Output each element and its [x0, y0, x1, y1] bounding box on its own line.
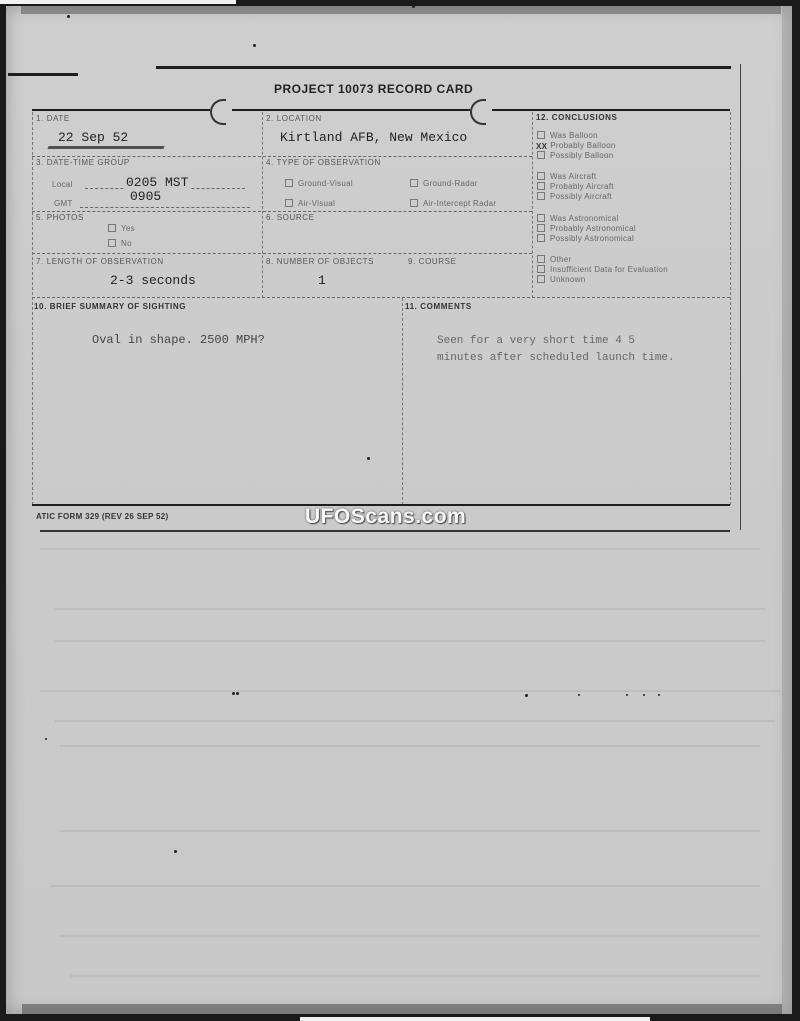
- dust-speck: [45, 738, 47, 740]
- scan-shadow: [22, 1004, 782, 1014]
- card-top-rule: [8, 73, 78, 76]
- checkbox[interactable]: [537, 192, 545, 200]
- bleed-through-line: [55, 720, 775, 722]
- scan-border: [0, 0, 236, 4]
- row-divider: [32, 297, 730, 298]
- conclusion-was-balloon[interactable]: Was Balloon: [537, 131, 598, 140]
- checkbox[interactable]: [537, 172, 545, 180]
- checkbox[interactable]: [410, 199, 418, 207]
- option-ground-radar[interactable]: Ground-Radar: [410, 179, 478, 188]
- course-label: 9. COURSE: [408, 257, 457, 266]
- dust-speck: [658, 694, 660, 696]
- checkbox-checked[interactable]: XX: [536, 142, 547, 151]
- photos-label: 5. PHOTOS: [36, 213, 84, 222]
- dust-speck: [412, 5, 415, 8]
- brief-summary-value: Oval in shape. 2500 MPH?: [92, 333, 265, 347]
- local-time-value: 0205 MST: [124, 175, 190, 190]
- date-time-group-label: 3. DATE-TIME GROUP: [36, 158, 130, 167]
- comments-line: minutes after scheduled launch time.: [437, 352, 675, 364]
- dust-speck: [67, 15, 70, 18]
- column-divider: [730, 112, 731, 505]
- checkbox[interactable]: [537, 255, 545, 263]
- location-label: 2. LOCATION: [266, 114, 322, 123]
- checkbox[interactable]: [537, 234, 545, 242]
- dust-speck: [232, 692, 235, 695]
- conclusion-probably-balloon[interactable]: XXProbably Balloon: [536, 141, 616, 151]
- card-right-edge: [740, 64, 741, 530]
- option-ground-visual[interactable]: Ground-Visual: [285, 179, 353, 188]
- checkbox[interactable]: [410, 179, 418, 187]
- row-divider: [32, 211, 532, 212]
- card-top-rule: [156, 66, 731, 69]
- column-divider: [262, 112, 263, 298]
- brief-summary-label: 10. BRIEF SUMMARY OF SIGHTING: [34, 302, 186, 311]
- section-rule: [32, 109, 210, 111]
- conclusion-unknown[interactable]: Unknown: [537, 275, 585, 284]
- bleed-through-line: [60, 935, 760, 937]
- length-of-observation-label: 7. LENGTH OF OBSERVATION: [36, 257, 164, 266]
- bleed-through-line: [50, 885, 760, 887]
- conclusions-label: 12. CONCLUSIONS: [536, 113, 617, 122]
- date-label: 1. DATE: [36, 114, 70, 123]
- dust-speck: [643, 694, 645, 696]
- dust-speck: [236, 692, 239, 695]
- number-of-objects-value: 1: [318, 273, 326, 288]
- option-photos-yes[interactable]: Yes: [108, 224, 135, 233]
- checkbox[interactable]: [537, 265, 545, 273]
- bleed-through-line: [55, 640, 765, 642]
- conclusion-was-astronomical[interactable]: Was Astronomical: [537, 214, 619, 223]
- conclusion-was-aircraft[interactable]: Was Aircraft: [537, 172, 596, 181]
- gmt-value: 0905: [130, 189, 161, 204]
- dust-speck: [626, 694, 628, 696]
- fill-line: [80, 207, 250, 208]
- source-label: 6. SOURCE: [266, 213, 315, 222]
- section-rule: [232, 109, 470, 111]
- checkbox[interactable]: [537, 224, 545, 232]
- checkbox[interactable]: [108, 224, 116, 232]
- conclusion-possibly-balloon[interactable]: Possibly Balloon: [537, 151, 614, 160]
- watermark: UFOScans.com: [305, 505, 466, 529]
- scan-shadow: [21, 6, 781, 14]
- bleed-through-line: [70, 975, 760, 977]
- column-divider: [402, 298, 403, 505]
- checkbox[interactable]: [537, 275, 545, 283]
- comments-label: 11. COMMENTS: [405, 302, 472, 311]
- number-of-objects-label: 8. NUMBER OF OBJECTS: [266, 257, 374, 266]
- bleed-through-line: [60, 830, 760, 832]
- option-air-visual[interactable]: Air-Visual: [285, 199, 335, 208]
- bleed-through-line: [40, 548, 760, 550]
- bleed-through-line: [55, 608, 765, 610]
- option-photos-no[interactable]: No: [108, 239, 132, 248]
- checkbox[interactable]: [537, 214, 545, 222]
- checkbox[interactable]: [537, 131, 545, 139]
- card-bottom-rule: [40, 530, 730, 532]
- bleed-through-line: [40, 690, 780, 692]
- section-rule: [492, 109, 730, 111]
- dust-speck: [525, 694, 528, 697]
- location-value: Kirtland AFB, New Mexico: [280, 130, 467, 145]
- date-value: 22 Sep 52: [58, 130, 128, 145]
- row-divider: [32, 156, 532, 157]
- length-of-observation-value: 2-3 seconds: [110, 273, 196, 288]
- local-time-label: Local: [52, 180, 73, 189]
- dust-speck: [367, 457, 370, 460]
- scan-border: [300, 1017, 650, 1021]
- form-number: ATIC FORM 329 (REV 26 SEP 52): [36, 512, 168, 521]
- bleed-through-line: [60, 745, 760, 747]
- conclusion-other[interactable]: Other: [537, 255, 572, 264]
- conclusion-probably-aircraft[interactable]: Probably Aircraft: [537, 182, 614, 191]
- dust-speck: [174, 850, 177, 853]
- dust-speck: [253, 44, 256, 47]
- conclusion-possibly-aircraft[interactable]: Possibly Aircraft: [537, 192, 612, 201]
- conclusion-insufficient-data[interactable]: Insufficient Data for Evaluation: [537, 265, 668, 274]
- card-left-edge: [32, 112, 33, 505]
- row-divider: [32, 253, 532, 254]
- checkbox[interactable]: [285, 179, 293, 187]
- comments-line: Seen for a very short time 4 5: [437, 335, 635, 347]
- scan-shadow: [782, 6, 792, 1014]
- checkbox[interactable]: [537, 182, 545, 190]
- checkbox[interactable]: [285, 199, 293, 207]
- column-divider: [532, 112, 533, 298]
- card-title: PROJECT 10073 RECORD CARD: [274, 82, 473, 96]
- type-of-observation-label: 4. TYPE OF OBSERVATION: [266, 158, 381, 167]
- gmt-label: GMT: [54, 199, 73, 208]
- checkbox[interactable]: [537, 151, 545, 159]
- conclusion-possibly-astronomical[interactable]: Possibly Astronomical: [537, 234, 634, 243]
- option-air-intercept-radar[interactable]: Air-Intercept Radar: [410, 199, 496, 208]
- conclusion-probably-astronomical[interactable]: Probably Astronomical: [537, 224, 636, 233]
- scribble-mark: [47, 146, 164, 149]
- dust-speck: [578, 694, 580, 696]
- checkbox[interactable]: [108, 239, 116, 247]
